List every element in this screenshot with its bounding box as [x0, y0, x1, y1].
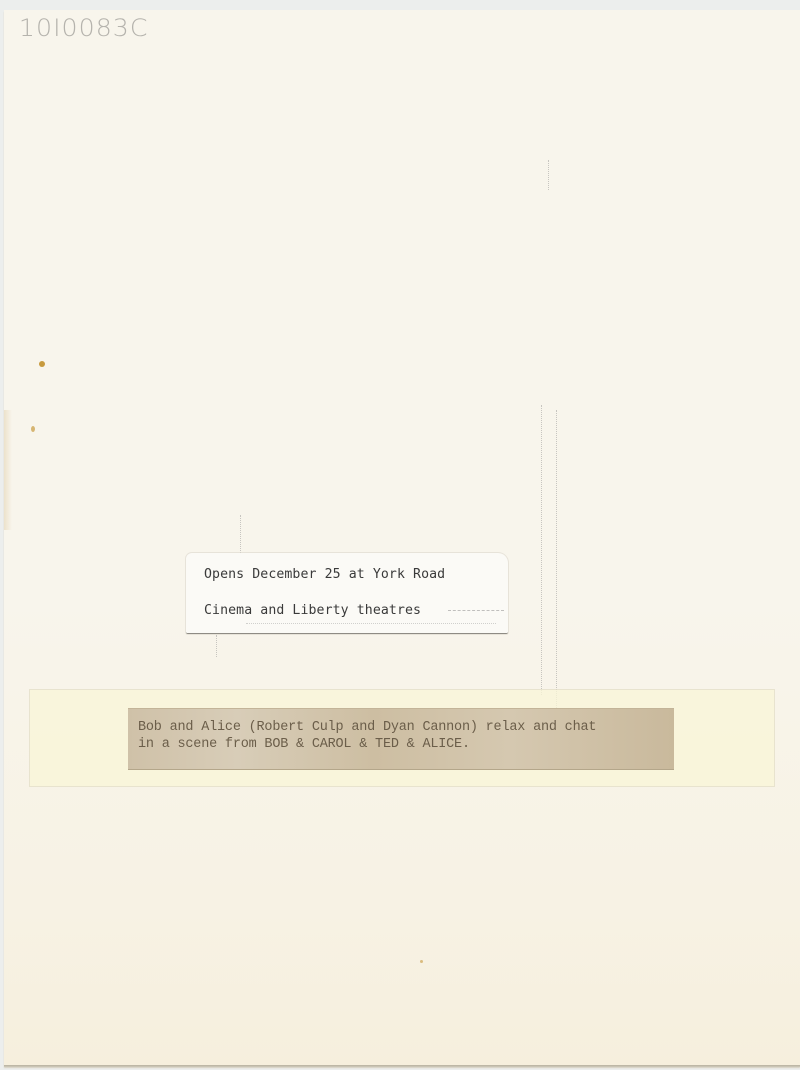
edge-stain	[4, 410, 12, 530]
release-label-line-2: Cinema and Liberty theatres	[204, 603, 421, 618]
stain-spot	[420, 960, 423, 963]
handwritten-archive-id: 10I0083C	[19, 14, 149, 42]
pencil-mark	[216, 635, 217, 657]
pencil-mark	[548, 160, 549, 190]
caption-line-1: Bob and Alice (Robert Culp and Dyan Cann…	[138, 720, 596, 735]
photo-back-paper	[4, 10, 800, 1066]
caption-strip: Bob and Alice (Robert Culp and Dyan Cann…	[128, 708, 674, 769]
label-dash-mark	[448, 610, 504, 611]
stain-spot	[39, 361, 45, 367]
caption-line-2: in a scene from BOB & CAROL & TED & ALIC…	[138, 737, 470, 752]
pencil-mark	[556, 410, 557, 710]
stain-spot	[31, 426, 35, 432]
pencil-mark	[240, 515, 241, 555]
release-label-line-1: Opens December 25 at York Road	[204, 567, 445, 582]
label-faint-mark	[246, 623, 496, 624]
pencil-mark	[541, 405, 542, 695]
release-label: Opens December 25 at York Road Cinema an…	[186, 553, 508, 634]
